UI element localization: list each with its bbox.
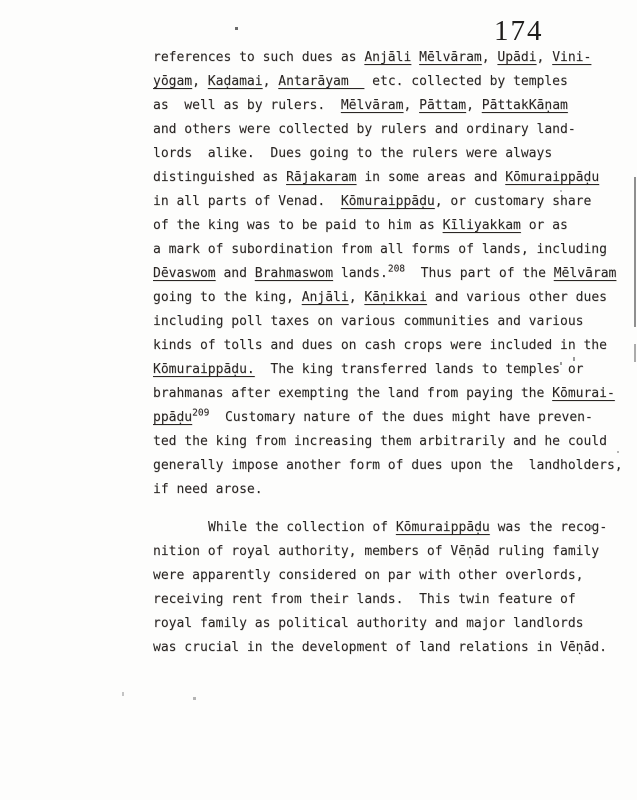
text-line: While the collection of Kōmuraippāḍu was… — [153, 516, 628, 540]
text-segment: , — [349, 290, 365, 305]
underlined-term: PāttakKāṇam — [482, 98, 568, 113]
text-segment: going to the king, — [153, 290, 302, 305]
text-segment: generally impose another form of dues up… — [153, 458, 623, 473]
scanned-page: 174 references to such dues as Anjāli Mē… — [0, 0, 637, 800]
body-text: references to such dues as Anjāli Mēlvār… — [153, 46, 628, 660]
text-line: Dēvaswom and Brahmaswom lands.208 Thus p… — [153, 262, 628, 286]
text-segment: were apparently considered on par with o… — [153, 568, 583, 583]
text-line: brahmanas after exempting the land from … — [153, 382, 628, 406]
scan-speck — [560, 190, 562, 192]
text-line: ppāḍu209 Customary nature of the dues mi… — [153, 406, 628, 430]
text-segment: , — [466, 98, 482, 113]
underlined-term: Kōmuraippāḍu — [505, 170, 599, 185]
text-segment: of the king was to be paid to him as — [153, 218, 443, 233]
text-segment: brahmanas after exempting the land from … — [153, 386, 552, 401]
text-segment: if need arose. — [153, 482, 263, 497]
scan-speck — [634, 344, 636, 362]
text-line: Kōmuraippāḍu. The king transferred lands… — [153, 358, 628, 382]
text-segment: was crucial in the development of land r… — [153, 640, 607, 655]
text-segment: lands. — [333, 266, 388, 281]
text-line: if need arose. — [153, 478, 628, 502]
text-segment: and — [216, 266, 255, 281]
text-segment: a mark of subordination from all forms o… — [153, 242, 607, 257]
text-line: and others were collected by rulers and … — [153, 118, 628, 142]
text-line: kinds of tolls and dues on cash crops we… — [153, 334, 628, 358]
underlined-term: Antarāyam — [278, 74, 364, 89]
text-line: royal family as political authority and … — [153, 612, 628, 636]
underlined-term: Vini- — [552, 50, 591, 65]
text-segment: , — [192, 74, 208, 89]
text-line: as well as by rulers. Mēlvāram, Pāttam, … — [153, 94, 628, 118]
scan-speck — [193, 697, 196, 700]
underlined-term: Dēvaswom — [153, 266, 216, 281]
underlined-term: Mēlvāram — [554, 266, 617, 281]
text-segment: Customary nature of the dues might have … — [209, 410, 593, 425]
underlined-term: Kōmurai- — [552, 386, 615, 401]
text-segment: in some areas and — [357, 170, 506, 185]
text-line: a mark of subordination from all forms o… — [153, 238, 628, 262]
underlined-term: Pāttam — [419, 98, 466, 113]
text-segment: as well as by rulers. — [153, 98, 341, 113]
scan-speck — [573, 357, 575, 361]
text-segment: etc. collected by temples — [364, 74, 568, 89]
text-line: including poll taxes on various communit… — [153, 310, 628, 334]
scan-speck — [617, 451, 619, 453]
text-segment: royal family as political authority and … — [153, 616, 583, 631]
text-segment: Thus part of the — [405, 266, 554, 281]
text-segment: , — [537, 50, 553, 65]
text-segment: distinguished as — [153, 170, 286, 185]
text-line: lords alike. Dues going to the rulers we… — [153, 142, 628, 166]
text-line: receiving rent from their lands. This tw… — [153, 588, 628, 612]
text-segment: in all parts of Venad. — [153, 194, 341, 209]
text-line: references to such dues as Anjāli Mēlvār… — [153, 46, 628, 70]
text-segment: or as — [521, 218, 568, 233]
text-segment: The king transferred lands to temples or — [255, 362, 584, 377]
scan-speck — [634, 177, 636, 327]
text-segment: , — [482, 50, 498, 65]
text-segment: receiving rent from their lands. This tw… — [153, 592, 576, 607]
underlined-term: yōgam — [153, 74, 192, 89]
text-line: was crucial in the development of land r… — [153, 636, 628, 660]
underlined-term: Upādi — [497, 50, 536, 65]
text-segment: While the collection of — [208, 520, 396, 535]
text-line: generally impose another form of dues up… — [153, 454, 628, 478]
text-line: ted the king from increasing them arbitr… — [153, 430, 628, 454]
text-line: of the king was to be paid to him as Kīl… — [153, 214, 628, 238]
underlined-term: Kōmuraippāḍu — [341, 194, 435, 209]
underlined-term: Kōmuraippāḍu. — [153, 362, 255, 377]
text-segment: references to such dues as — [153, 50, 364, 65]
text-line: were apparently considered on par with o… — [153, 564, 628, 588]
underlined-term: Anjāli — [364, 50, 411, 65]
text-segment: nition of royal authority, members of Vē… — [153, 544, 599, 559]
underlined-term: Mēlvāram — [419, 50, 482, 65]
text-segment — [411, 50, 419, 65]
text-segment: kinds of tolls and dues on cash crops we… — [153, 338, 607, 353]
text-line: in all parts of Venad. Kōmuraippāḍu, or … — [153, 190, 628, 214]
text-line: nition of royal authority, members of Vē… — [153, 540, 628, 564]
text-line: distinguished as Rājakaram in some areas… — [153, 166, 628, 190]
scan-speck — [122, 692, 124, 696]
underlined-term: Kāṇikkai — [364, 290, 427, 305]
footnote-ref: 208 — [388, 264, 405, 275]
text-segment: , or customary share — [435, 194, 592, 209]
underlined-term: Kīliyakkam — [443, 218, 521, 233]
text-segment: ted the king from increasing them arbitr… — [153, 434, 607, 449]
scan-speck — [560, 362, 562, 365]
paragraph: references to such dues as Anjāli Mēlvār… — [153, 46, 628, 502]
paragraph: While the collection of Kōmuraippāḍu was… — [153, 516, 628, 660]
text-line: going to the king, Anjāli, Kāṇikkai and … — [153, 286, 628, 310]
underlined-term: Anjāli — [302, 290, 349, 305]
text-segment: lords alike. Dues going to the rulers we… — [153, 146, 552, 161]
underlined-term: ppāḍu — [153, 410, 192, 425]
underlined-term: Brahmaswom — [255, 266, 333, 281]
underlined-term: Mēlvāram — [341, 98, 404, 113]
text-segment: and others were collected by rulers and … — [153, 122, 576, 137]
text-segment: and various other dues — [427, 290, 607, 305]
scan-speck — [590, 525, 592, 529]
underlined-term: Rājakaram — [286, 170, 356, 185]
text-segment: , — [263, 74, 279, 89]
underlined-term: Kōmuraippāḍu — [396, 520, 490, 535]
footnote-ref: 209 — [192, 408, 209, 419]
scan-speck — [235, 27, 238, 30]
text-segment: including poll taxes on various communit… — [153, 314, 583, 329]
text-segment: , — [403, 98, 419, 113]
underlined-term: Kaḍamai — [208, 74, 263, 89]
text-line: yōgam, Kaḍamai, Antarāyam etc. collected… — [153, 70, 628, 94]
page-number: 174 — [494, 15, 544, 48]
